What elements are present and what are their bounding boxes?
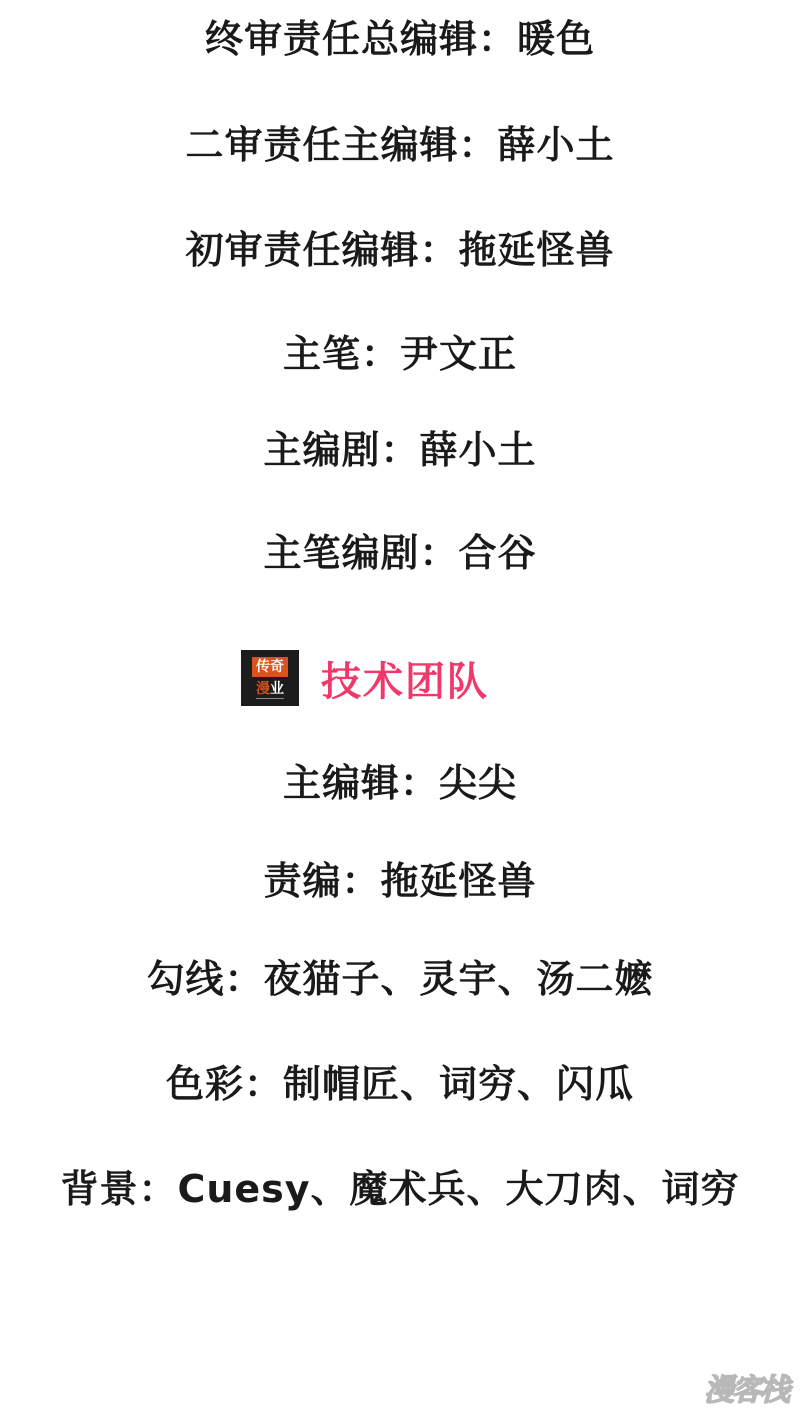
logo-text-bottom-rest: 业 [270,681,284,697]
watermark-logo: 漫客栈 [704,1365,788,1409]
credit-line-lead-writer: 主编剧：薛小土 [0,427,800,473]
credit-value: 制帽匠、词穷、闪瓜 [283,1062,634,1106]
credit-label: 责编： [263,859,380,903]
credit-line-first-review: 初审责任编辑：拖延怪兽 [0,227,800,273]
credit-value: 拖延怪兽 [381,859,537,903]
credit-value: 夜猫子、灵宇、汤二嬷 [264,957,654,1001]
credit-line-artist-writer: 主笔编剧：合谷 [0,530,800,576]
logo-text-bottom-accent: 漫 [256,681,270,697]
credit-line-chief-editor: 主编辑：尖尖 [0,760,800,806]
section-header-tech-team: 传奇 漫业 技术团队 [0,650,800,706]
credit-label: 背景： [60,1167,177,1211]
credit-line-lead-artist: 主笔：尹文正 [0,331,800,377]
credit-line-second-review: 二审责任主编辑：薛小土 [0,122,800,168]
logo-text-top: 传奇 [252,657,288,677]
credit-value: 尹文正 [400,332,517,376]
credit-value: 尖尖 [439,761,517,805]
credit-value: 薛小土 [420,428,537,472]
credit-label: 二审责任主编辑： [185,123,497,167]
credit-value: 合谷 [459,531,537,575]
credit-line-responsible-editor: 责编：拖延怪兽 [0,858,800,904]
credit-line-color: 色彩：制帽匠、词穷、闪瓜 [0,1061,800,1107]
credit-label: 勾线： [146,957,263,1001]
credit-line-final-review: 终审责任总编辑：暖色 [0,16,800,62]
credit-value: 暖色 [517,17,595,61]
section-title: 技术团队 [321,650,489,707]
credit-label: 主笔： [283,332,400,376]
credit-line-lineart: 勾线：夜猫子、灵宇、汤二嬷 [0,956,800,1002]
credit-value: Cuesy、魔术兵、大刀肉、词穷 [177,1167,739,1211]
logo-text-bottom: 漫业 [256,680,284,699]
credit-label: 主笔编剧： [263,531,458,575]
studio-logo: 传奇 漫业 [241,650,299,706]
credit-label: 初审责任编辑： [185,228,458,272]
credit-label: 终审责任总编辑： [205,17,517,61]
credit-line-background: 背景：Cuesy、魔术兵、大刀肉、词穷 [0,1166,800,1212]
credit-label: 色彩： [166,1062,283,1106]
credit-label: 主编辑： [283,761,439,805]
credit-label: 主编剧： [263,428,419,472]
credit-value: 拖延怪兽 [459,228,615,272]
credit-value: 薛小土 [498,123,615,167]
